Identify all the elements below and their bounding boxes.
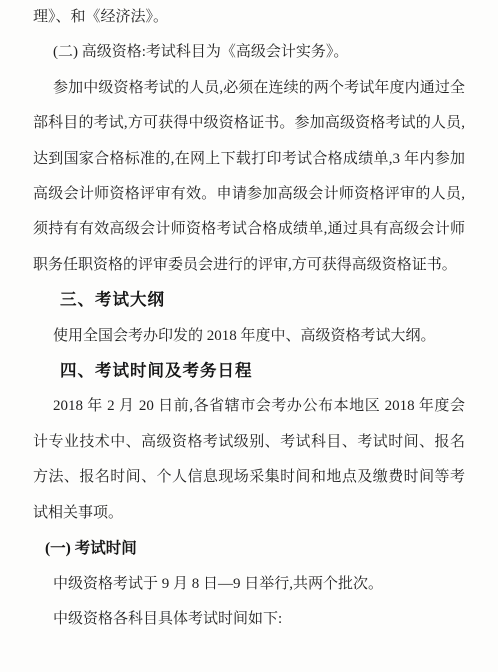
section-heading-exam-outline: 三、考试大纲 (33, 283, 465, 318)
paragraph-certificate-rules: 参加中级资格考试的人员,必须在连续的两个考试年度内通过全部科目的考试,方可获得中… (33, 71, 465, 283)
paragraph-schedule-announcement: 2018 年 2 月 20 日前,各省辖市会考办公布本地区 2018 年度会计专… (33, 389, 465, 531)
list-item-senior-qualification: (二) 高级资格:考试科目为《高级会计实务》。 (33, 35, 465, 70)
paragraph-outline-usage: 使用全国会考办印发的 2018 年度中、高级资格考试大纲。 (33, 319, 465, 354)
section-heading-exam-schedule: 四、考试时间及考务日程 (33, 354, 465, 389)
paragraph-intermediate-exam-dates: 中级资格考试于 9 月 8 日—9 日举行,共两个批次。 (33, 567, 465, 602)
subsection-heading-exam-time: (一) 考试时间 (33, 531, 465, 566)
paragraph-intermediate-subject-times-lead-in: 中级资格各科目具体考试时间如下: (33, 602, 465, 637)
document-page: 理》、和《经济法》。 (二) 高级资格:考试科目为《高级会计实务》。 参加中级资… (0, 0, 498, 672)
paragraph-continuation-subjects: 理》、和《经济法》。 (33, 0, 465, 35)
